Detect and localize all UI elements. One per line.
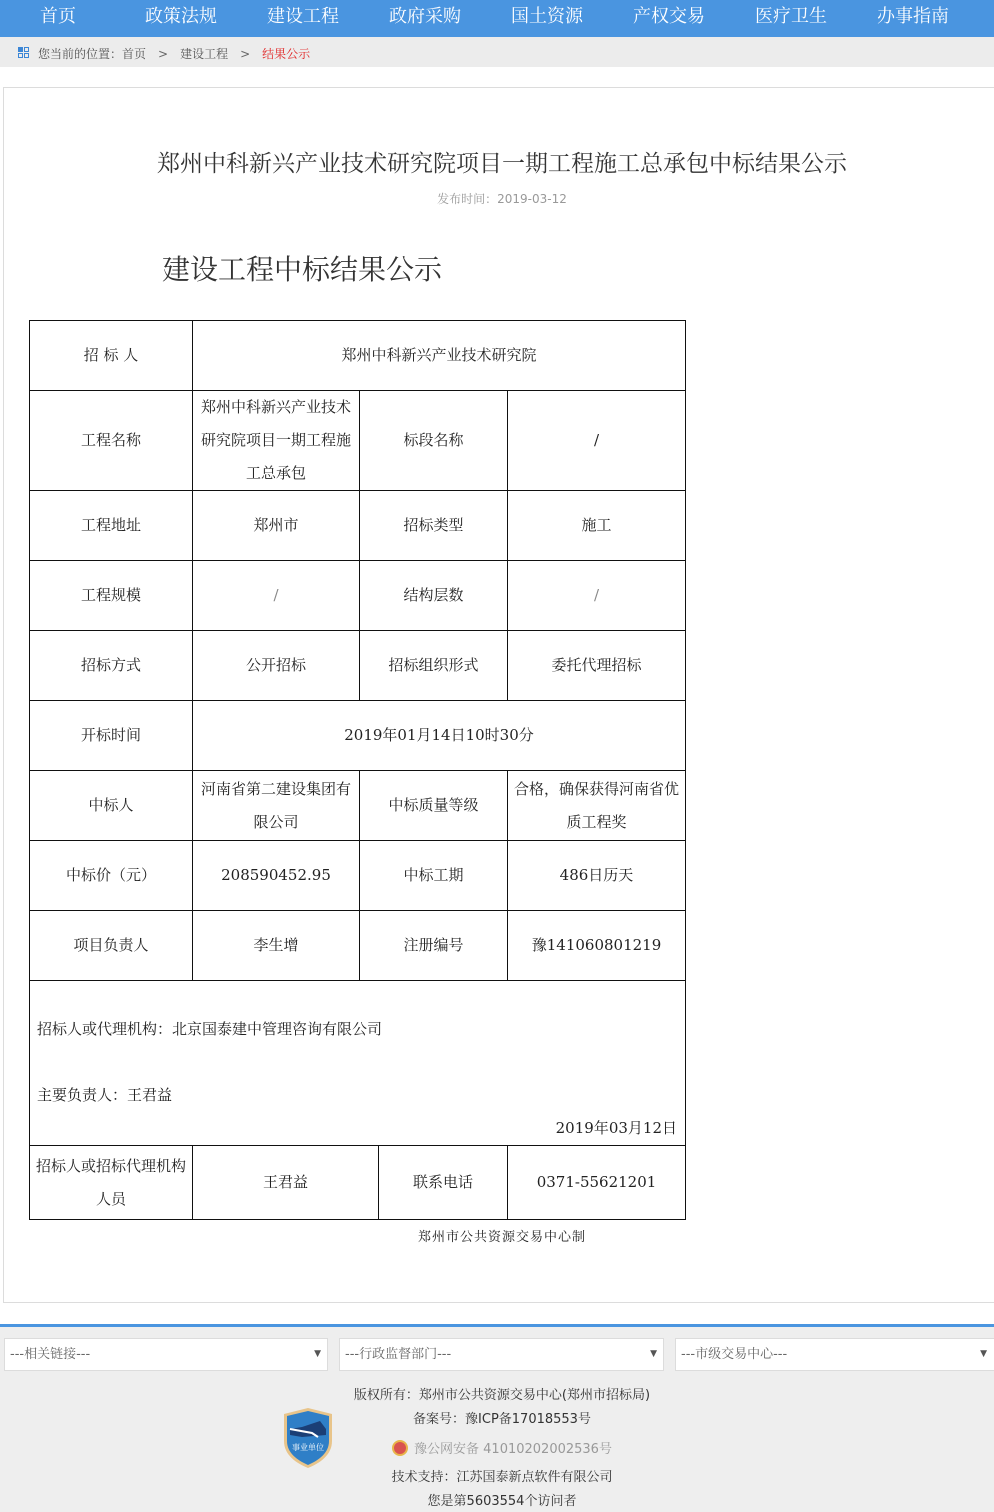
table-row: 开标时间 2019年01月14日10时30分 bbox=[30, 701, 686, 771]
dropdown-arrow-icon: ▼ bbox=[314, 1339, 321, 1370]
dropdown-arrow-icon: ▼ bbox=[650, 1339, 657, 1370]
scale-value: / bbox=[193, 561, 360, 631]
table-row: 中标人 河南省第二建设集团有限公司 中标质量等级 合格，确保获得河南省优质工程奖 bbox=[30, 771, 686, 841]
agent-staff-label: 招标人或招标代理机构人员 bbox=[30, 1146, 193, 1220]
price-label: 中标价（元） bbox=[30, 841, 193, 911]
publish-date: 发布时间：2019-03-12 bbox=[0, 190, 994, 207]
supervision-dept-select[interactable]: ---行政监督部门--- ▼ bbox=[339, 1338, 664, 1371]
nav-home[interactable]: 首页 bbox=[40, 0, 76, 37]
quality-label: 中标质量等级 bbox=[360, 771, 508, 841]
phone-label: 联系电话 bbox=[379, 1146, 508, 1220]
org-form-value: 委托代理招标 bbox=[508, 631, 686, 701]
agent-staff-value: 王君益 bbox=[193, 1146, 379, 1220]
breadcrumb-current: 结果公示 bbox=[262, 47, 310, 61]
top-nav: 首页 政策法规 建设工程 政府采购 国土资源 产权交易 医疗卫生 办事指南 bbox=[0, 0, 994, 37]
city-center-value: ---市级交易中心--- bbox=[681, 1347, 787, 1362]
table-row: 招标人或代理机构：北京国泰建中管理咨询有限公司 主要负责人：王君益 2019年0… bbox=[30, 981, 686, 1146]
table-row: 项目负责人 李生增 注册编号 豫141060801219 bbox=[30, 911, 686, 981]
project-name-label: 工程名称 bbox=[30, 391, 193, 491]
nav-medical[interactable]: 医疗卫生 bbox=[755, 0, 827, 37]
method-value: 公开招标 bbox=[193, 631, 360, 701]
address-value: 郑州市 bbox=[193, 491, 360, 561]
tenderer-value: 郑州中科新兴产业技术研究院 bbox=[193, 321, 686, 391]
city-center-select[interactable]: ---市级交易中心--- ▼ bbox=[675, 1338, 994, 1371]
police-record[interactable]: 豫公网安备 41010202002536号 bbox=[0, 1438, 994, 1457]
nav-procurement[interactable]: 政府采购 bbox=[389, 0, 461, 37]
scale-label: 工程规模 bbox=[30, 561, 193, 631]
nav-guide[interactable]: 办事指南 bbox=[877, 0, 949, 37]
phone-value: 0371-55621201 bbox=[508, 1146, 686, 1220]
method-label: 招标方式 bbox=[30, 631, 193, 701]
table-row: 招标方式 公开招标 招标组织形式 委托代理招标 bbox=[30, 631, 686, 701]
breadcrumb: 您当前的位置：首页>建设工程>结果公示 bbox=[38, 45, 310, 62]
table-row: 工程地址 郑州市 招标类型 施工 bbox=[30, 491, 686, 561]
police-record-text: 豫公网安备 41010202002536号 bbox=[414, 1442, 612, 1457]
agency-cell: 招标人或代理机构：北京国泰建中管理咨询有限公司 主要负责人：王君益 2019年0… bbox=[30, 981, 686, 1146]
open-time-label: 开标时间 bbox=[30, 701, 193, 771]
duration-value: 486日历天 bbox=[508, 841, 686, 911]
reg-no-value: 豫141060801219 bbox=[508, 911, 686, 981]
related-links-value: ---相关链接--- bbox=[10, 1347, 90, 1362]
bid-result-table: 招 标 人 郑州中科新兴产业技术研究院 工程名称 郑州中科新兴产业技术研究院项目… bbox=[29, 320, 686, 1220]
section-name-label: 标段名称 bbox=[360, 391, 508, 491]
price-value: 208590452.95 bbox=[193, 841, 360, 911]
tenderer-label: 招 标 人 bbox=[30, 321, 193, 391]
breadcrumb-bar: 您当前的位置：首页>建设工程>结果公示 bbox=[0, 37, 994, 67]
tech-support-text: 技术支持：江苏国泰新点软件有限公司 bbox=[0, 1466, 994, 1485]
table-row: 工程名称 郑州中科新兴产业技术研究院项目一期工程施工总承包 标段名称 / bbox=[30, 391, 686, 491]
floors-value: / bbox=[508, 561, 686, 631]
address-label: 工程地址 bbox=[30, 491, 193, 561]
winner-value: 河南省第二建设集团有限公司 bbox=[193, 771, 360, 841]
manager-label: 项目负责人 bbox=[30, 911, 193, 981]
issuer-stamp: 郑州市公共资源交易中心制 bbox=[418, 1226, 586, 1245]
open-time-value: 2019年01月14日10时30分 bbox=[193, 701, 686, 771]
project-name-value: 郑州中科新兴产业技术研究院项目一期工程施工总承包 bbox=[193, 391, 360, 491]
table-row: 招 标 人 郑州中科新兴产业技术研究院 bbox=[30, 321, 686, 391]
duration-label: 中标工期 bbox=[360, 841, 508, 911]
agency-line: 招标人或代理机构：北京国泰建中管理咨询有限公司 bbox=[37, 1013, 382, 1046]
copyright-text: 版权所有：郑州市公共资源交易中心(郑州市招标局) bbox=[0, 1384, 994, 1403]
dropdown-arrow-icon: ▼ bbox=[980, 1339, 987, 1370]
icp-record[interactable]: 备案号：豫ICP备17018553号 bbox=[0, 1408, 994, 1427]
breadcrumb-separator: > bbox=[158, 47, 168, 61]
section-name-value: / bbox=[508, 391, 686, 491]
nav-land[interactable]: 国土资源 bbox=[511, 0, 583, 37]
breadcrumb-separator: > bbox=[240, 47, 250, 61]
table-row: 工程规模 / 结构层数 / bbox=[30, 561, 686, 631]
related-links-select[interactable]: ---相关链接--- ▼ bbox=[4, 1338, 328, 1371]
manager-value: 李生增 bbox=[193, 911, 360, 981]
breadcrumb-construction[interactable]: 建设工程 bbox=[180, 47, 228, 61]
quality-value: 合格，确保获得河南省优质工程奖 bbox=[508, 771, 686, 841]
supervision-dept-value: ---行政监督部门--- bbox=[345, 1347, 451, 1362]
nav-policy[interactable]: 政策法规 bbox=[145, 0, 217, 37]
principal-line: 主要负责人：王君益 bbox=[37, 1079, 172, 1112]
visitor-count: 您是第5603554个访问者 bbox=[0, 1490, 994, 1509]
winner-label: 中标人 bbox=[30, 771, 193, 841]
floors-label: 结构层数 bbox=[360, 561, 508, 631]
table-row: 招标人或招标代理机构人员 王君益 联系电话 0371-55621201 bbox=[30, 1146, 686, 1220]
breadcrumb-prefix: 您当前的位置： bbox=[38, 47, 122, 61]
nav-property[interactable]: 产权交易 bbox=[633, 0, 705, 37]
section-heading: 建设工程中标结果公示 bbox=[162, 248, 442, 288]
reg-no-label: 注册编号 bbox=[360, 911, 508, 981]
sign-date: 2019年03月12日 bbox=[556, 1112, 677, 1145]
table-row: 中标价（元） 208590452.95 中标工期 486日历天 bbox=[30, 841, 686, 911]
police-emblem-icon bbox=[392, 1440, 408, 1456]
bid-type-value: 施工 bbox=[508, 491, 686, 561]
breadcrumb-home[interactable]: 首页 bbox=[122, 47, 146, 61]
grid-icon bbox=[18, 47, 29, 58]
nav-construction[interactable]: 建设工程 bbox=[267, 0, 339, 37]
org-form-label: 招标组织形式 bbox=[360, 631, 508, 701]
page-title: 郑州中科新兴产业技术研究院项目一期工程施工总承包中标结果公示 bbox=[0, 145, 994, 178]
bid-type-label: 招标类型 bbox=[360, 491, 508, 561]
